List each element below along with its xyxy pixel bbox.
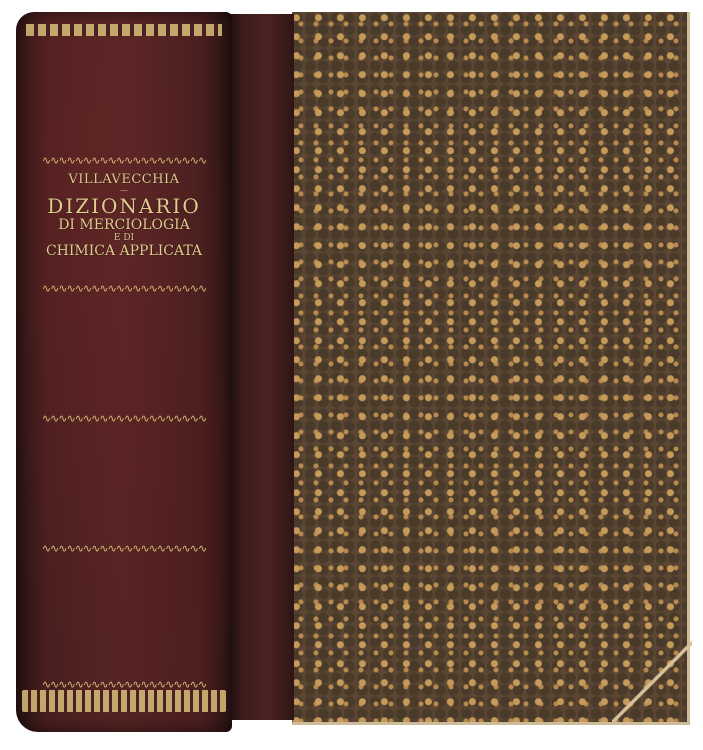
spine-band-1: ∿∿∿∿∿∿∿∿∿∿∿∿∿∿∿∿∿∿∿∿ [22, 156, 226, 166]
book: ∿∿∿∿∿∿∿∿∿∿∿∿∿∿∿∿∿∿∿∿ VILLAVECCHIA — DIZI… [0, 0, 703, 750]
spine-band-3: ∿∿∿∿∿∿∿∿∿∿∿∿∿∿∿∿∿∿∿∿ [22, 414, 226, 424]
spine-title-sub: DI MERCIOLOGIA [16, 217, 232, 233]
spine-author: VILLAVECCHIA [16, 172, 232, 187]
spine-title-block: VILLAVECCHIA — DIZIONARIO DI MERCIOLOGIA… [16, 170, 232, 259]
marbled-front-board [292, 12, 690, 725]
spine-band-5: ∿∿∿∿∿∿∿∿∿∿∿∿∿∿∿∿∿∿∿∿ [22, 680, 226, 690]
board-corner [612, 640, 692, 722]
spine-title-main: DIZIONARIO [16, 195, 232, 217]
spine-title-sub2: CHIMICA APPLICATA [16, 243, 232, 259]
spine-foot-ornament [22, 690, 226, 712]
spine-head-ornament [26, 24, 222, 36]
leather-hinge [230, 14, 294, 720]
spine-title-conj: E DI [16, 233, 232, 243]
leather-spine [16, 12, 232, 732]
spine-band-4: ∿∿∿∿∿∿∿∿∿∿∿∿∿∿∿∿∿∿∿∿ [22, 544, 226, 554]
spine-band-2: ∿∿∿∿∿∿∿∿∿∿∿∿∿∿∿∿∿∿∿∿ [22, 284, 226, 294]
